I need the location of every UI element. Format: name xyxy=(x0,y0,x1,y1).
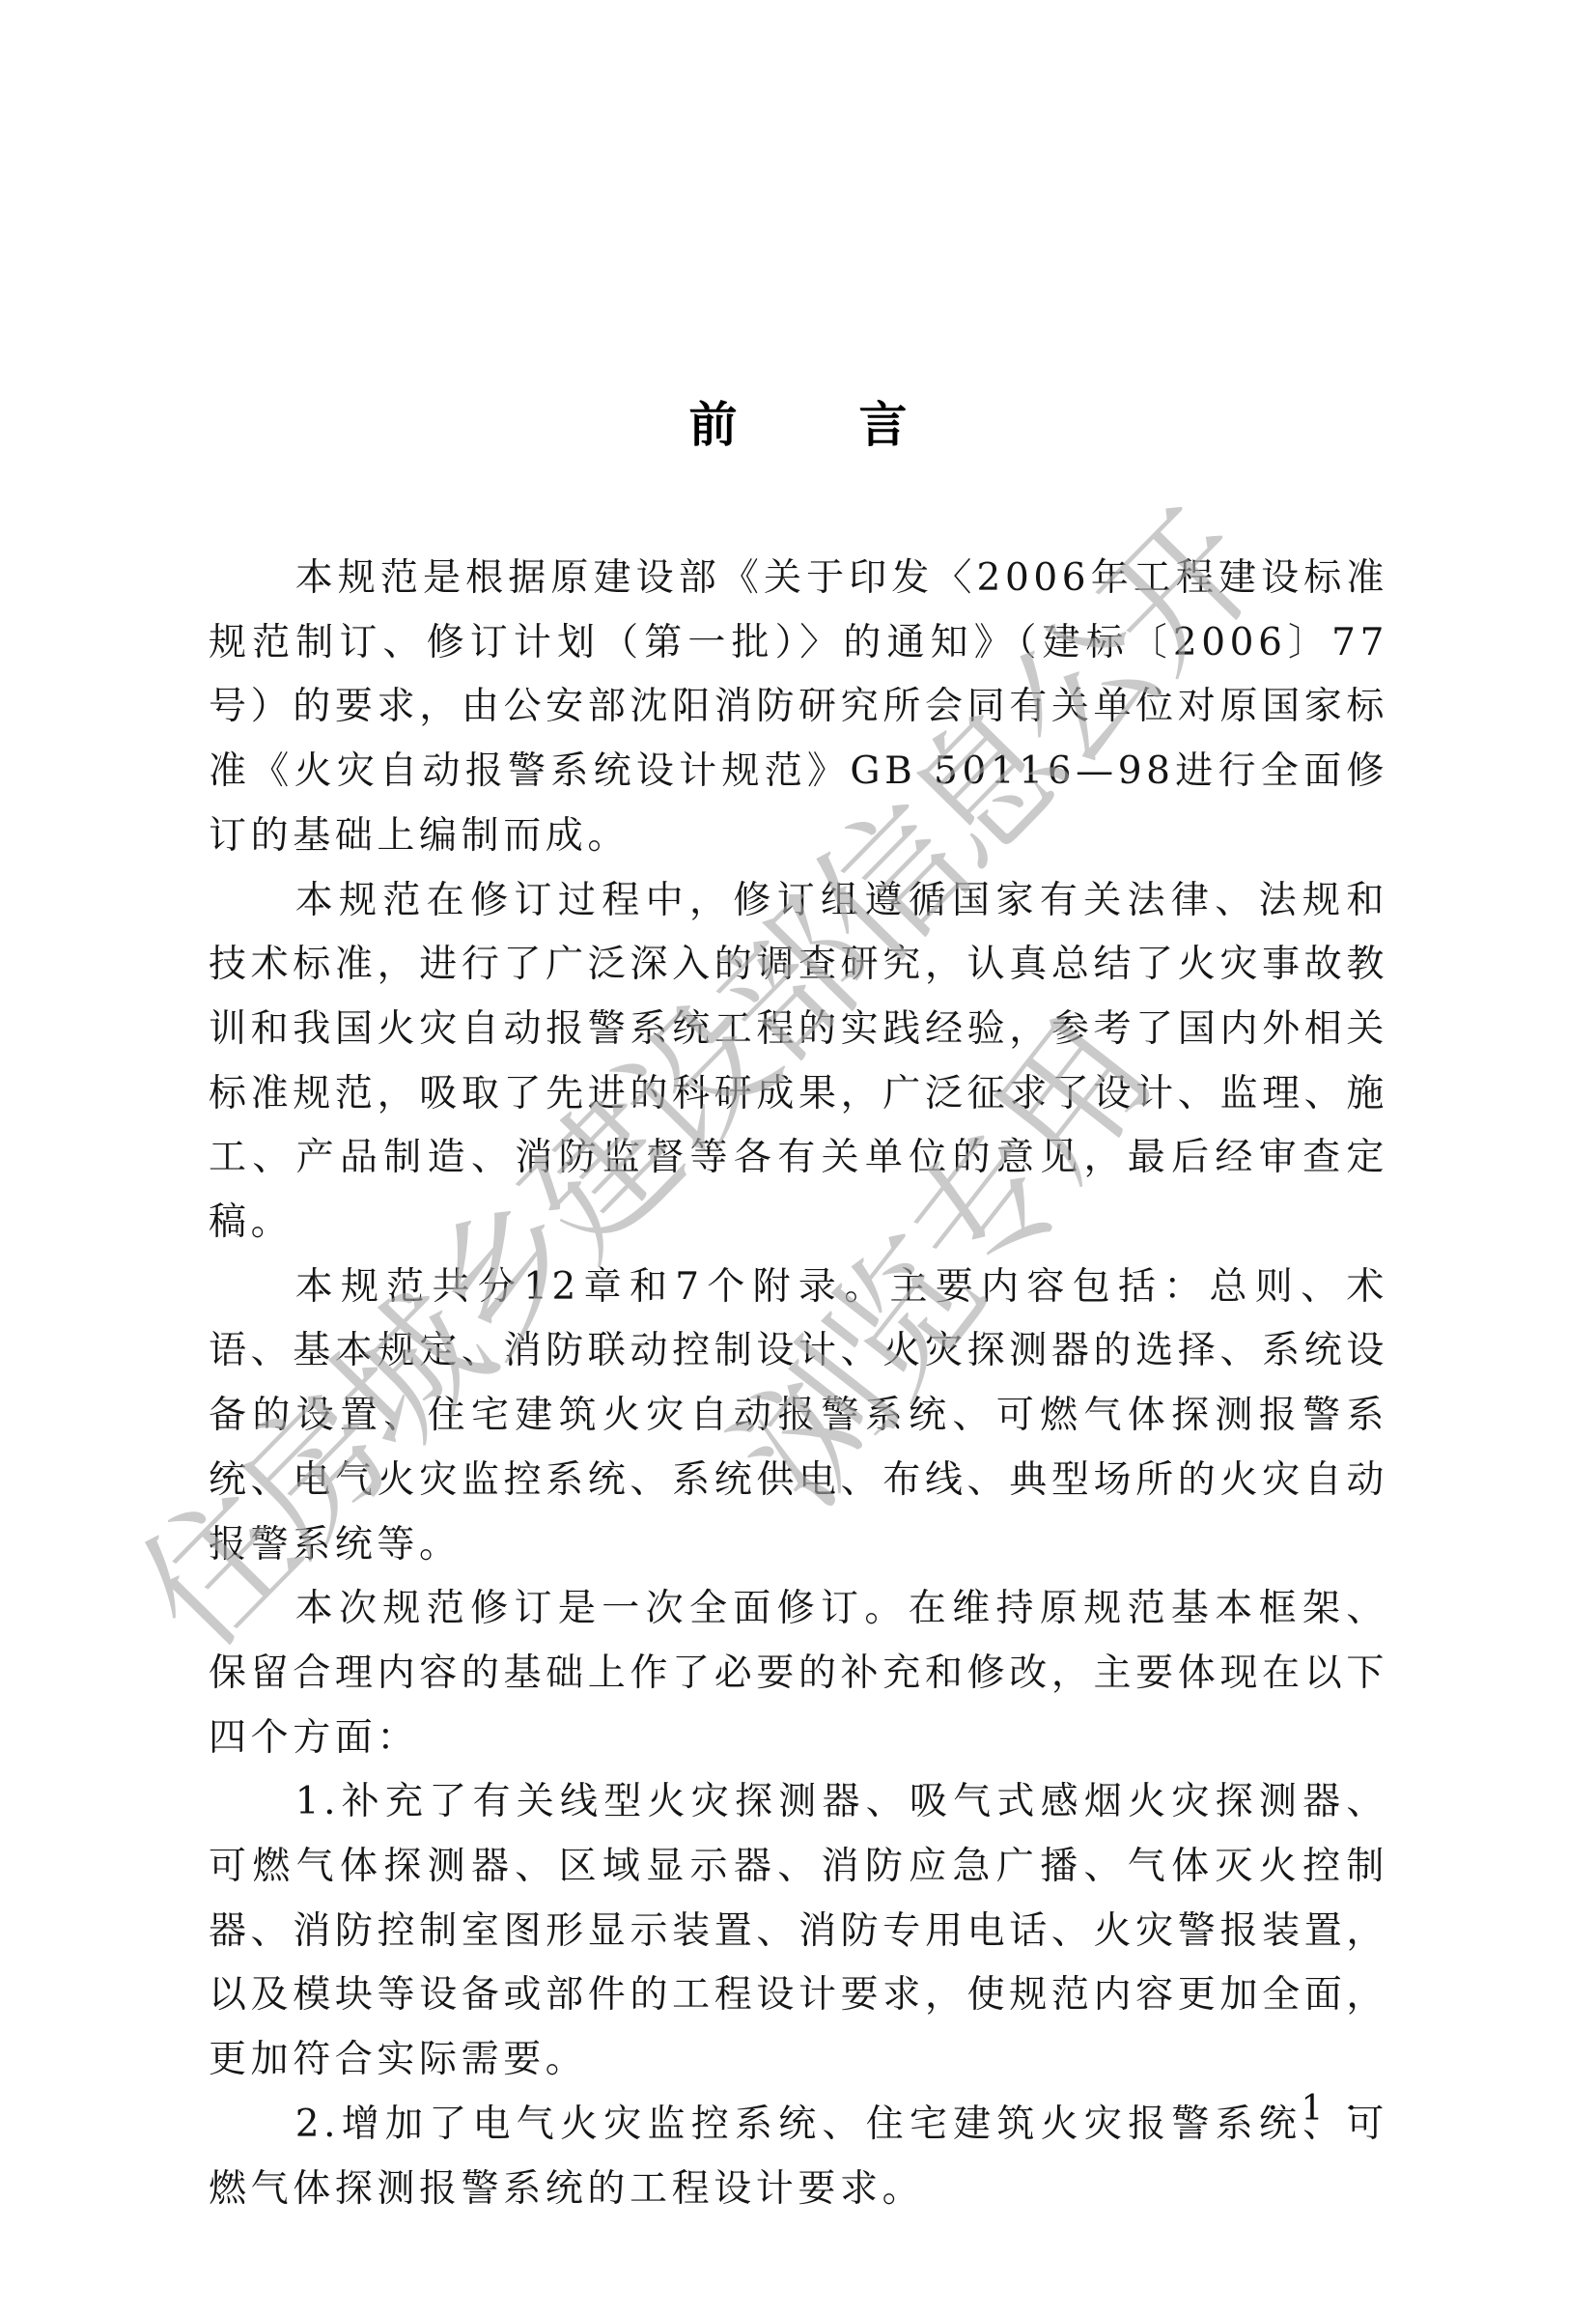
paragraph-item-1: 1.补充了有关线型火灾探测器、吸气式感烟火灾探测器、可燃气体探测器、区域显示器、… xyxy=(209,1770,1388,2093)
page-number: · 1 · xyxy=(1267,2086,1363,2132)
title-char-2: 言 xyxy=(859,386,908,464)
paragraph-revision-basis: 本规范是根据原建设部《关于印发〈2006年工程建设标准规范制订、修订计划（第一批… xyxy=(209,547,1388,869)
paragraph-revision-process: 本规范在修订过程中，修订组遵循国家有关法律、法规和技术标准，进行了广泛深入的调查… xyxy=(209,869,1388,1256)
document-page: 前言 本规范是根据原建设部《关于印发〈2006年工程建设标准规范制订、修订计划（… xyxy=(0,0,1596,2315)
title-char-1: 前 xyxy=(689,386,738,464)
page-title: 前言 xyxy=(0,386,1596,464)
paragraph-revision-scope: 本次规范修订是一次全面修订。在维持原规范基本框架、保留合理内容的基础上作了必要的… xyxy=(209,1577,1388,1770)
paragraph-item-2: 2.增加了电气火灾监控系统、住宅建筑火灾报警系统、可燃气体探测报警系统的工程设计… xyxy=(209,2093,1388,2221)
paragraph-contents-summary: 本规范共分12章和7个附录。主要内容包括：总则、术语、基本规定、消防联动控制设计… xyxy=(209,1256,1388,1578)
preface-body: 本规范是根据原建设部《关于印发〈2006年工程建设标准规范制订、修订计划（第一批… xyxy=(209,547,1388,2221)
